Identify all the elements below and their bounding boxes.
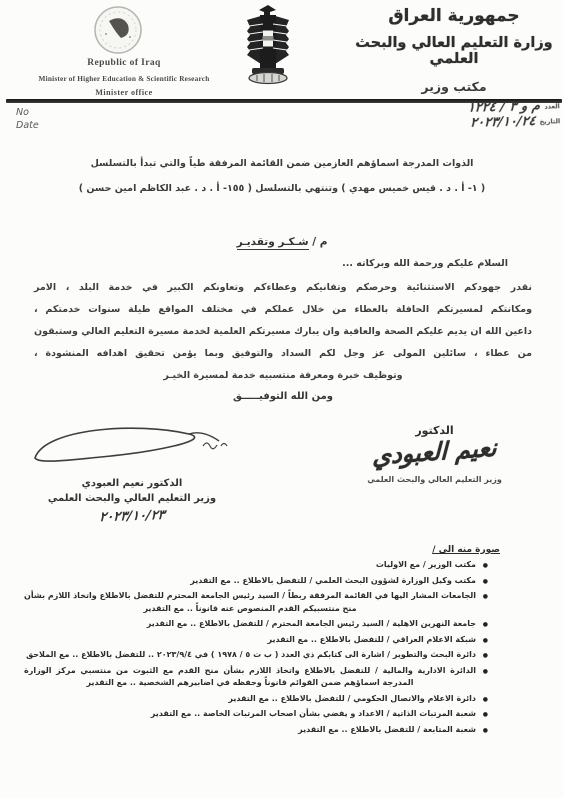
distribution-list: صورة منه الى / مكتب الوزير / مع الاوليات…	[24, 545, 534, 739]
distribution-item: شبكة الاعلام العراقي / للتفضل بالاطلاع .…	[24, 634, 488, 647]
subject-title: شـكـر وتقديـر	[237, 236, 309, 250]
scanned-official-letter: Republic of Iraq Minister of Higher Educ…	[0, 0, 564, 798]
signature-date: ٢٠٢٣/١٠/٢٣	[24, 505, 241, 528]
reference-block: العدد م و ٣ / ١٢٢٤ التاريخ ٢٠٢٣/١٠/٢٤	[350, 98, 561, 133]
minister-role: وزير التعليم العالي والبحث العلمي	[347, 475, 522, 484]
date-label: Date	[16, 119, 39, 132]
recipients-line-1: الذوات المدرجة اسماؤهم العازمين ضمن القا…	[42, 151, 522, 176]
letter-date: ٢٠٢٣/١٠/٢٤	[470, 114, 537, 131]
iraq-eagle-emblem-icon	[237, 2, 299, 96]
distribution-item: شعبة المرتبات الذاتية / الاعداد و يفضي ب…	[24, 708, 488, 721]
distribution-item: شعبة المتابعة / للتفضل بالاطلاع .. مع ال…	[24, 724, 488, 737]
distribution-item: جامعة النهرين الاهلية / السيد رئيس الجام…	[24, 618, 488, 631]
body-paragraph: نقدر جهودكم الاستثنائية وحرصكم وتفانيكم …	[34, 277, 532, 402]
minister-name-calligraphy: نعيم العبودي	[347, 432, 522, 472]
recipients-line-2: ( ١- أ . د . قيس خميس مهدي ) وتنتهي بالت…	[42, 176, 522, 201]
date-label-ar: التاريخ	[539, 117, 560, 126]
letterhead-office-ar: مكتب وزير	[354, 79, 554, 94]
letterhead-arabic: جمهورية العراق وزارة التعليم العالي والب…	[354, 6, 554, 94]
ministry-seal-icon	[92, 4, 144, 56]
letterhead-country-ar: جمهورية العراق	[354, 6, 554, 26]
distribution-item: مكتب الوزير / مع الاوليات	[24, 559, 488, 572]
recipients-block: الذوات المدرجة اسماؤهم العازمين ضمن القا…	[42, 151, 522, 201]
letterhead-ministry-ar: وزارة التعليم العالي والبحث العلمي	[354, 35, 554, 67]
distribution-item: دائرة الاعلام والاتصال الحكومي / للتفضل …	[24, 693, 488, 706]
signer-role: وزير التعليم العالي والبحث العلمي	[24, 493, 240, 504]
body-line: وتوظيف خبرة ومعرفة منتسبيه خدمة لمسيرة ا…	[34, 365, 532, 387]
body-line: ومكانتكم لمسيرتكم الحافلة بالعطاء من خلا…	[34, 299, 532, 321]
no-date-labels: No Date	[16, 106, 39, 132]
distribution-header: صورة منه الى /	[24, 545, 500, 555]
letterhead-english: Republic of Iraq Minister of Higher Educ…	[6, 58, 242, 97]
letterhead-country-en: Republic of Iraq	[6, 58, 242, 68]
distribution-item: مكتب وكيل الوزارة لشؤون البحث العلمي / ل…	[24, 575, 488, 588]
signed-stamp-block: الدكتور نعيم العبودي وزير التعليم العالي…	[24, 418, 240, 524]
no-label: No	[16, 106, 39, 119]
number-label-ar: العدد	[544, 102, 560, 110]
body-line: نقدر جهودكم الاستثنائية وحرصكم وتفانيكم …	[34, 277, 532, 299]
signer-name: الدكتور نعيم العبودي	[24, 478, 240, 489]
distribution-item: دائرة البحث والتطوير / اشارة الى كتابكم …	[24, 649, 488, 662]
body-line: داعين الله ان يديم عليكم الصحة والعافية …	[34, 321, 532, 343]
subject-line: م / شـكـر وتقديـر	[0, 236, 564, 248]
letterhead-office-en: Minister office	[6, 88, 242, 97]
subject-prefix: م /	[312, 236, 327, 248]
signature-swoosh-icon	[27, 418, 237, 476]
distribution-items: مكتب الوزير / مع الاوليات مكتب وكيل الوز…	[24, 559, 534, 736]
distribution-item: الجامعات المشار اليها في القائمة المرفقة…	[24, 590, 488, 615]
salutation: السلام عليكم ورحمة الله وبركاته ...	[342, 258, 508, 269]
closing-phrase: ومن الله التوفيـــــق	[34, 391, 532, 402]
distribution-item: الدائرة الادارية والمالية / للتفضل بالاط…	[24, 665, 488, 690]
body-line: من عطاء ، سائلين المولى عز وجل لكم السدا…	[34, 343, 532, 365]
letterhead-ministry-en: Minister of Higher Education & Scientifi…	[6, 74, 242, 83]
minister-signature-block: الدكتور نعيم العبودي وزير التعليم العالي…	[347, 424, 522, 484]
